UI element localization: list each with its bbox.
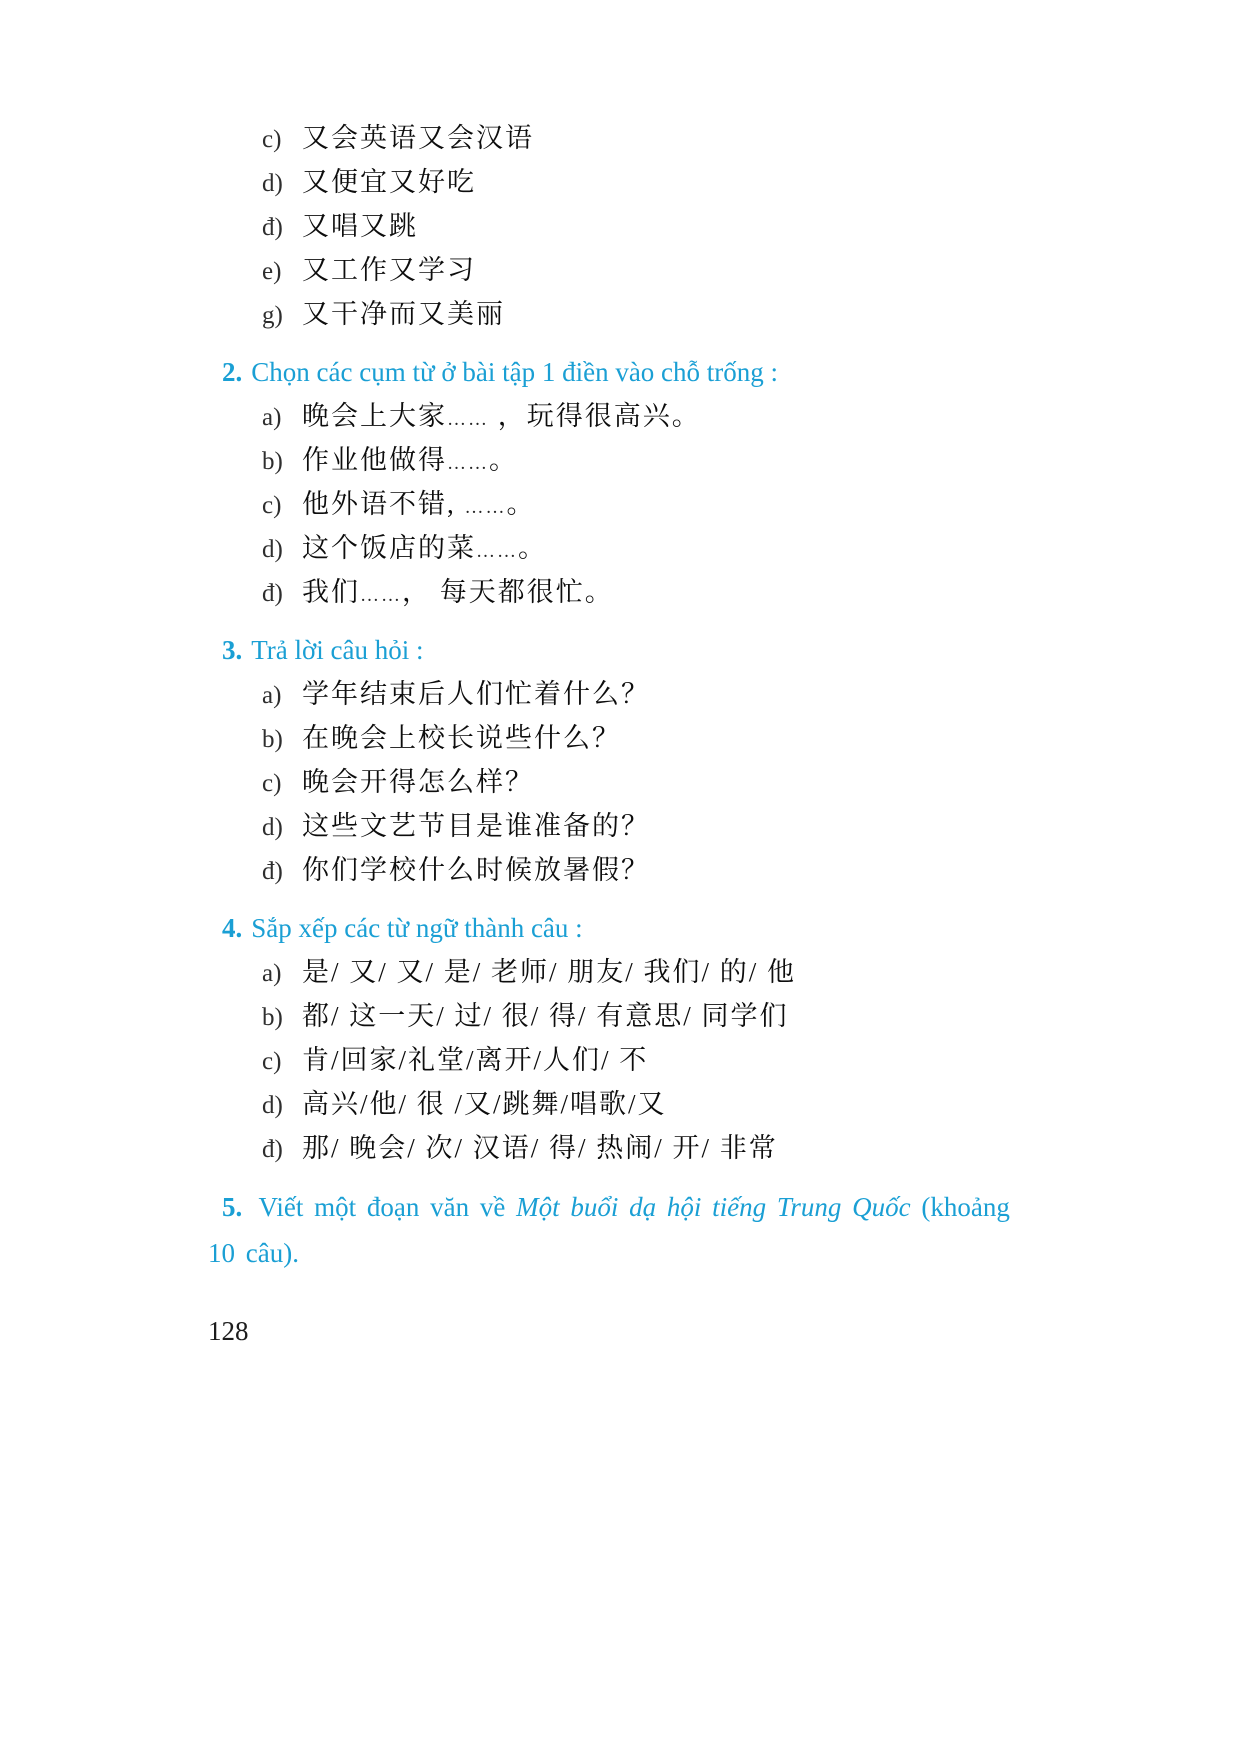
exercise1-list: c)又会英语又会汉语 d)又便宜又好吃 đ)又唱又跳 e)又工作又学习 g)又干… (208, 116, 1088, 336)
list-item: g)又干净而又美丽 (262, 292, 1088, 336)
item-label: đ) (262, 1128, 302, 1172)
exercise-title: Trả lời câu hỏi : (251, 635, 423, 665)
cjk-text: 是/ 又/ 又/ 是/ 老师/ 朋友/ 我们/ 的/ 他 (302, 950, 796, 994)
exercise-number: 3. (222, 635, 242, 665)
item-label: d) (262, 528, 302, 572)
cjk-text: 又唱又跳 (302, 204, 418, 248)
list-item: đ)你们学校什么时候放暑假？ (262, 848, 1088, 892)
cjk-text: 都/ 这一天/ 过/ 很/ 得/ 有意思/ 同学们 (302, 994, 789, 1038)
list-item: a)学年结束后人们忙着什么？ (262, 672, 1088, 716)
exercise5-text: (khoảng (921, 1192, 1009, 1222)
exercise5-essay-title: Một buổi dạ hội tiếng Trung Quốc (516, 1192, 911, 1222)
exercise-title: Sắp xếp các từ ngữ thành câu : (251, 913, 582, 943)
item-label: đ) (262, 206, 302, 250)
item-label: b) (262, 718, 302, 762)
list-item: d)又便宜又好吃 (262, 160, 1088, 204)
cjk-text: 这些文艺节目是谁准备的？ (302, 804, 650, 848)
list-item: đ)那/ 晚会/ 次/ 汉语/ 得/ 热闹/ 开/ 非常 (262, 1126, 1088, 1170)
item-label: a) (262, 674, 302, 718)
section-heading-exercise2: 2.Chọn các cụm từ ở bài tập 1 điền vào c… (222, 350, 1088, 394)
list-item: a)是/ 又/ 又/ 是/ 老师/ 朋友/ 我们/ 的/ 他 (262, 950, 1088, 994)
exercise5-paragraph: 5. Viết một đoạn văn về Một buổi dạ hội … (208, 1184, 1088, 1276)
list-item: c)晚会开得怎么样？ (262, 760, 1088, 804)
cjk-text: 学年结束后人们忙着什么？ (302, 672, 650, 716)
exercise5-line1: 5. Viết một đoạn văn về Một buổi dạ hội … (222, 1184, 1088, 1230)
item-label: c) (262, 1040, 302, 1084)
item-label: d) (262, 162, 302, 206)
item-label: b) (262, 440, 302, 484)
item-label: g) (262, 294, 302, 338)
cjk-text: 这个饭店的菜……。 (302, 526, 547, 574)
item-label: đ) (262, 850, 302, 894)
section-heading-exercise3: 3.Trả lời câu hỏi : (222, 628, 1088, 672)
exercise5-text: Viết một đoạn văn về (259, 1192, 506, 1222)
cjk-text: 高兴/他/ 很 /又/跳舞/唱歌/又 (302, 1082, 667, 1126)
exercise2-list: a)晚会上大家…… ，玩得很高兴。 b)作业他做得……。 c)他外语不错, ……… (208, 394, 1088, 614)
cjk-text: 我们……， 每天都很忙。 (302, 570, 614, 618)
list-item: c)又会英语又会汉语 (262, 116, 1088, 160)
list-item: d)这些文艺节目是谁准备的？ (262, 804, 1088, 848)
exercise-title: Chọn các cụm từ ở bài tập 1 điền vào chỗ… (251, 357, 778, 387)
cjk-text: 在晚会上校长说些什么？ (302, 716, 621, 760)
ellipsis-blank: …… (447, 453, 489, 474)
exercise5-line2: 10 câu). (208, 1230, 1088, 1276)
item-label: a) (262, 952, 302, 996)
ellipsis-blank: …… (465, 497, 507, 518)
item-label: đ) (262, 572, 302, 616)
list-item: d)高兴/他/ 很 /又/跳舞/唱歌/又 (262, 1082, 1088, 1126)
ellipsis-blank: …… (476, 541, 518, 562)
list-item: đ)又唱又跳 (262, 204, 1088, 248)
page-content: c)又会英语又会汉语 d)又便宜又好吃 đ)又唱又跳 e)又工作又学习 g)又干… (208, 116, 1088, 1276)
item-label: d) (262, 806, 302, 850)
exercise3-list: a)学年结束后人们忙着什么？ b)在晚会上校长说些什么？ c)晚会开得怎么样？ … (208, 672, 1088, 892)
list-item: b)作业他做得……。 (262, 438, 1088, 482)
exercise-number: 4. (222, 913, 242, 943)
cjk-text: 晚会上大家…… ，玩得很高兴。 (302, 394, 701, 442)
cjk-text: 又会英语又会汉语 (302, 116, 534, 160)
exercise-number: 5. (222, 1192, 242, 1222)
section-heading-exercise4: 4.Sắp xếp các từ ngữ thành câu : (222, 906, 1088, 950)
item-label: c) (262, 118, 302, 162)
item-label: c) (262, 762, 302, 806)
list-item: e)又工作又学习 (262, 248, 1088, 292)
item-label: c) (262, 484, 302, 528)
cjk-text: 又便宜又好吃 (302, 160, 476, 204)
list-item: d)这个饭店的菜……。 (262, 526, 1088, 570)
list-item: a)晚会上大家…… ，玩得很高兴。 (262, 394, 1088, 438)
list-item: b)在晚会上校长说些什么？ (262, 716, 1088, 760)
list-item: b)都/ 这一天/ 过/ 很/ 得/ 有意思/ 同学们 (262, 994, 1088, 1038)
cjk-text: 他外语不错, ……。 (302, 482, 536, 530)
cjk-text: 肯/回家/礼堂/离开/人们/ 不 (302, 1038, 648, 1082)
cjk-text: 晚会开得怎么样？ (302, 760, 534, 804)
cjk-text: 你们学校什么时候放暑假？ (302, 848, 650, 892)
page-number: 128 (208, 1316, 249, 1347)
cjk-text: 那/ 晚会/ 次/ 汉语/ 得/ 热闹/ 开/ 非常 (302, 1126, 778, 1170)
list-item: c)肯/回家/礼堂/离开/人们/ 不 (262, 1038, 1088, 1082)
list-item: c)他外语不错, ……。 (262, 482, 1088, 526)
exercise4-list: a)是/ 又/ 又/ 是/ 老师/ 朋友/ 我们/ 的/ 他 b)都/ 这一天/… (208, 950, 1088, 1170)
cjk-text: 又工作又学习 (302, 248, 476, 292)
cjk-text: 又干净而又美丽 (302, 292, 505, 336)
item-label: b) (262, 996, 302, 1040)
item-label: a) (262, 396, 302, 440)
cjk-text: 作业他做得……。 (302, 438, 518, 486)
item-label: e) (262, 250, 302, 294)
ellipsis-blank: …… (447, 409, 489, 430)
ellipsis-blank: …… (360, 585, 402, 606)
item-label: d) (262, 1084, 302, 1128)
exercise-number: 2. (222, 357, 242, 387)
list-item: đ)我们……， 每天都很忙。 (262, 570, 1088, 614)
